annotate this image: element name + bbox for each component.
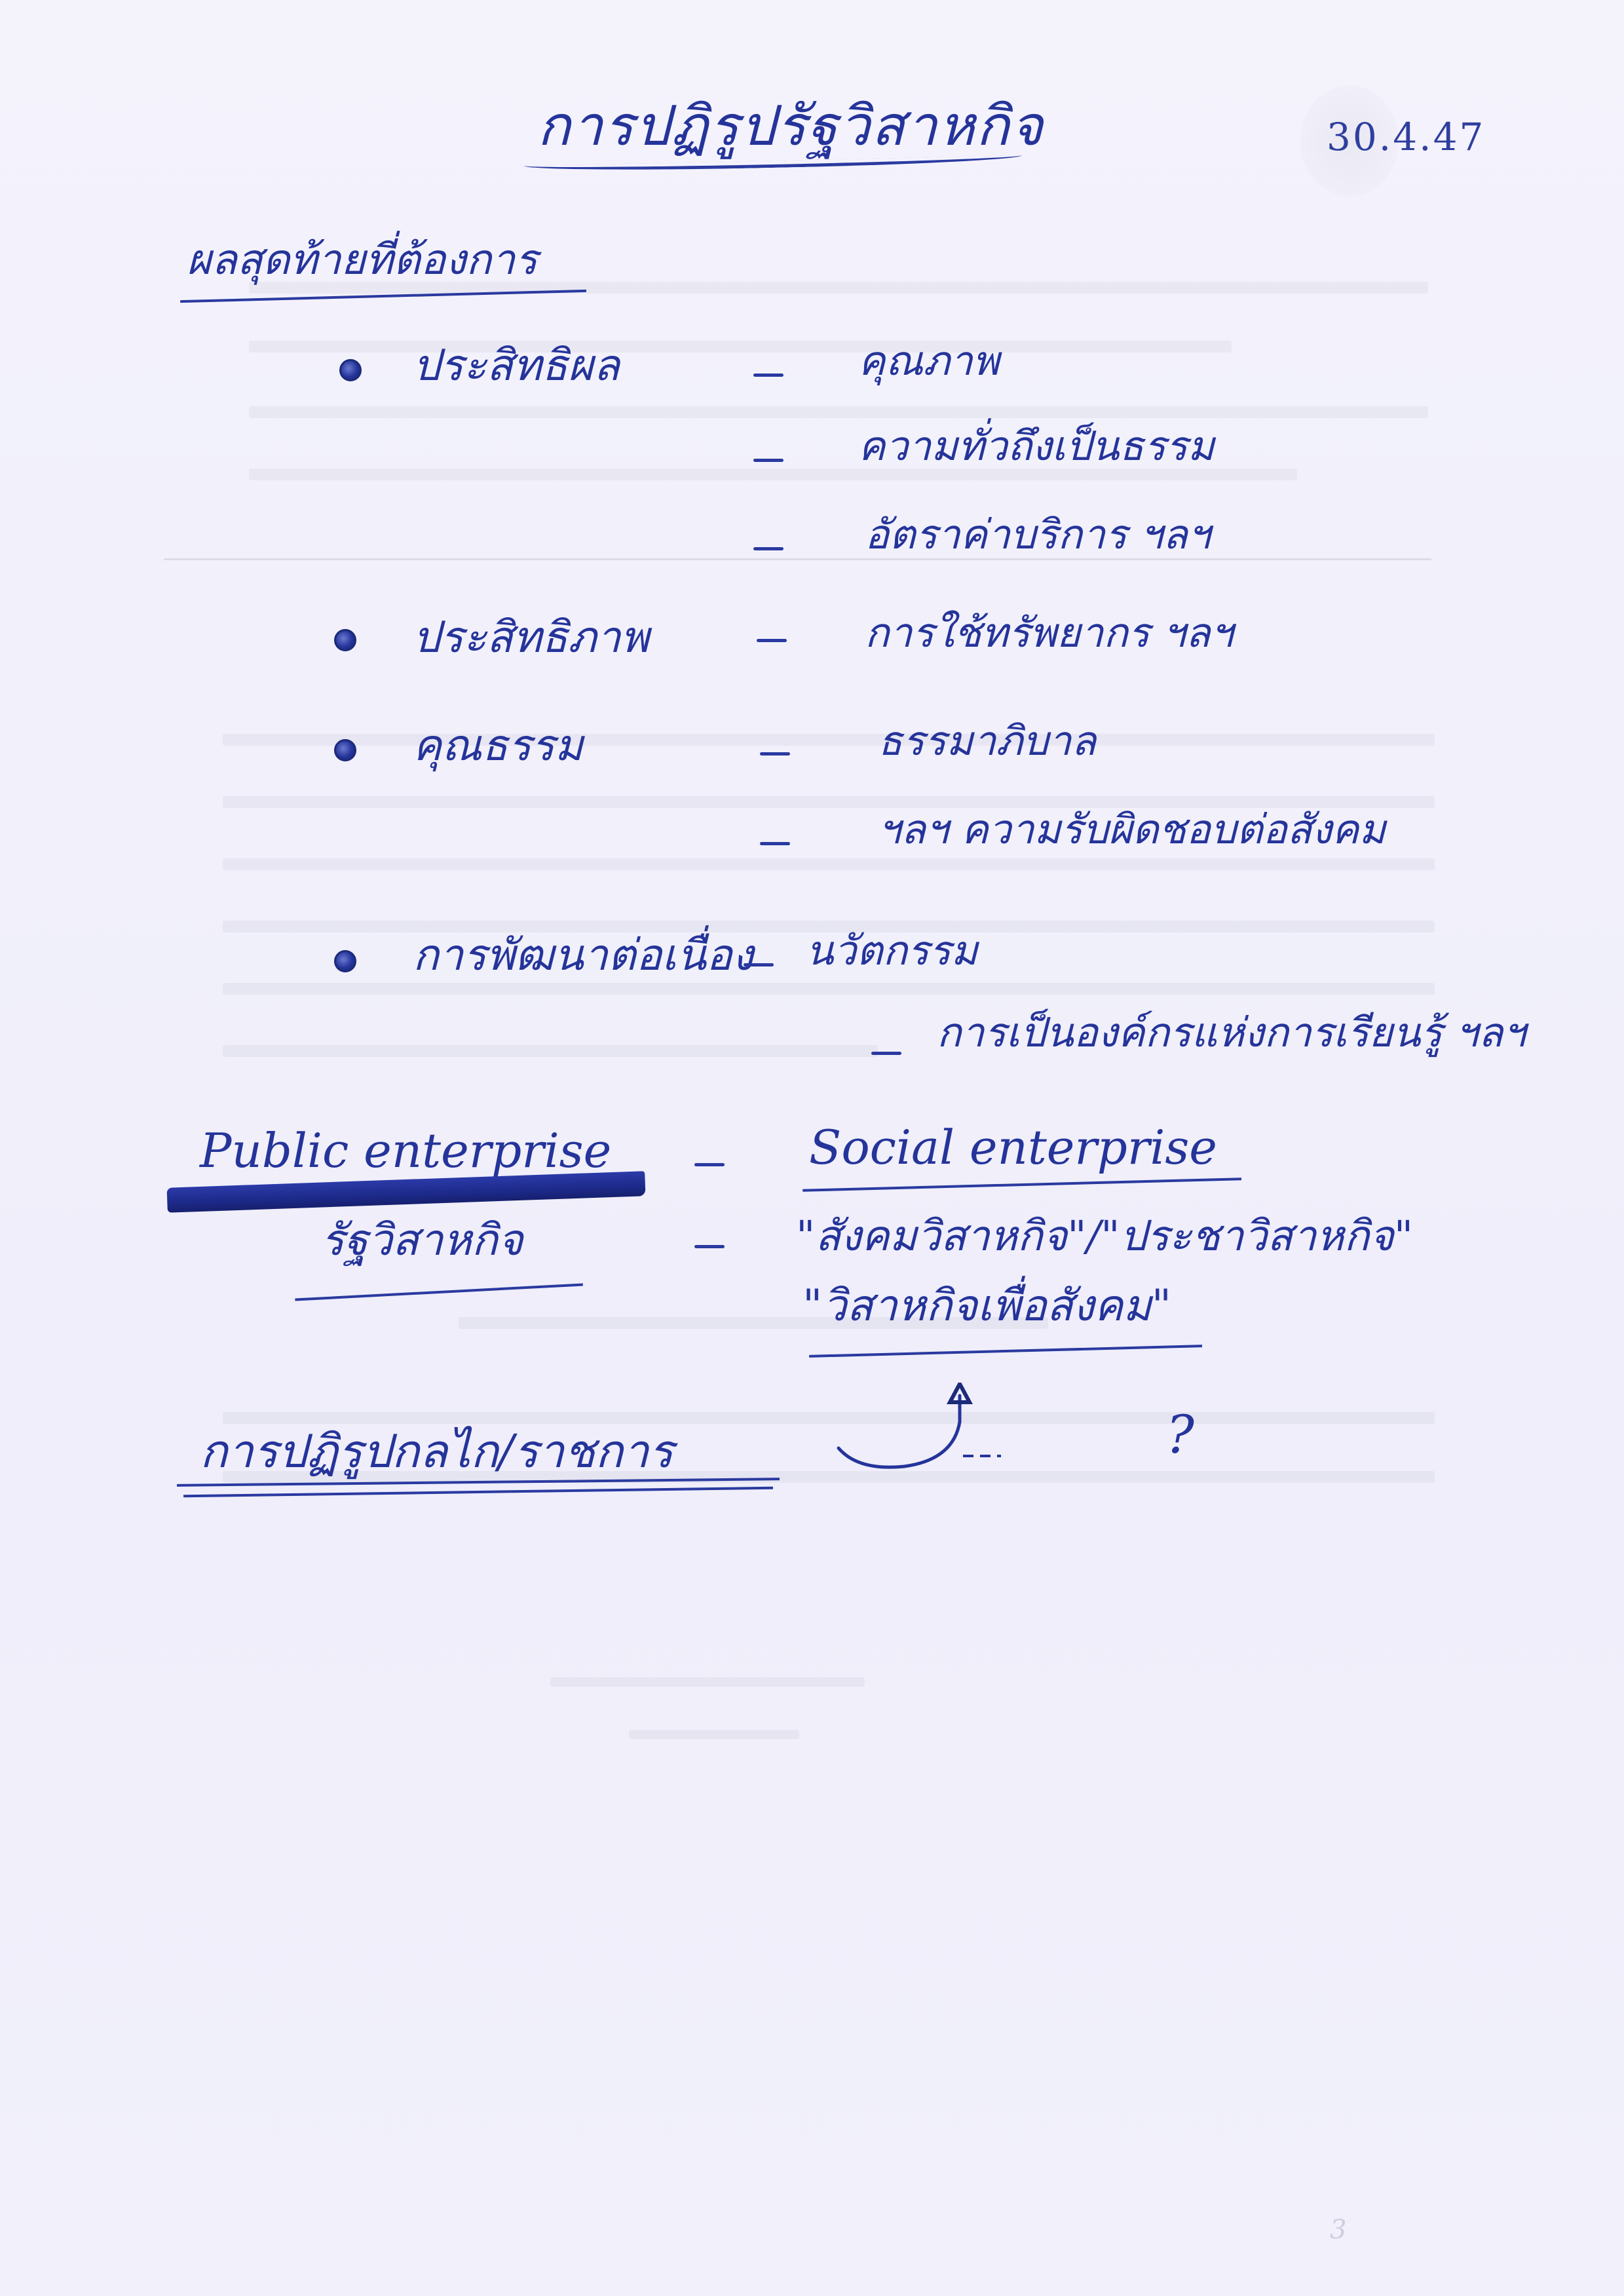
item-detail: ฯลฯ ความรับผิดชอบต่อสังคม xyxy=(878,809,1386,850)
up-arrow-icon xyxy=(832,1383,1002,1474)
date-label: 30.4.47 xyxy=(1327,118,1485,156)
dash-icon xyxy=(757,639,787,642)
bullet-icon xyxy=(334,739,356,761)
dash-icon xyxy=(760,752,790,756)
ghost-horizontal-rule xyxy=(164,558,1431,560)
social-enterprise-label: Social enterprise xyxy=(809,1124,1217,1171)
state-enterprise-label: รัฐวิสาหกิจ xyxy=(321,1219,523,1262)
item-term: การพัฒนาต่อเนื่อง xyxy=(413,934,753,977)
dash-icon xyxy=(694,1163,725,1166)
item-detail: ธรรมาภิบาล xyxy=(878,721,1096,761)
bullet-icon xyxy=(339,359,362,381)
item-detail: คุณภาพ xyxy=(858,341,1000,381)
page-number: 3 xyxy=(1330,2215,1346,2245)
ghost-print-line xyxy=(249,406,1428,418)
reform-label: การปฏิรูปกลไก/ราชการ xyxy=(200,1428,673,1474)
dash-icon xyxy=(753,547,784,550)
dash-icon xyxy=(753,459,784,462)
item-term: ประสิทธิภาพ xyxy=(413,616,649,659)
item-detail: การใช้ทรัพยากร ฯลฯ xyxy=(865,613,1233,653)
section-heading: ผลสุดท้ายที่ต้องการ xyxy=(187,239,537,281)
dash-icon xyxy=(694,1245,725,1248)
question-mark: ? xyxy=(1166,1409,1194,1461)
ghost-print-line xyxy=(550,1677,865,1687)
bullet-icon xyxy=(334,629,356,651)
public-enterprise-label: Public enterprise xyxy=(200,1127,611,1174)
ghost-print-line xyxy=(629,1730,799,1739)
ghost-print-line xyxy=(223,983,1435,995)
dash-icon xyxy=(753,373,784,377)
item-term: ประสิทธิผล xyxy=(413,344,620,387)
page-title: การปฏิรูปรัฐวิสาหกิจ xyxy=(537,98,1044,153)
translation-option: "สังคมวิสาหกิจ"/"ประชาวิสาหกิจ" xyxy=(796,1215,1413,1257)
translation-option: "วิสาหกิจเพื่อสังคม" xyxy=(803,1284,1171,1328)
item-detail: ความทั่วถึงเป็นธรรม xyxy=(858,426,1215,467)
item-detail: นวัตกรรม xyxy=(806,930,977,971)
ghost-print-line xyxy=(223,858,1435,870)
item-detail: การเป็นองค์กรแห่งการเรียนรู้ ฯลฯ xyxy=(937,1012,1526,1053)
ghost-print-line xyxy=(223,734,1435,746)
ghost-print-line xyxy=(223,1412,1435,1424)
dash-icon xyxy=(871,1052,901,1055)
dash-icon xyxy=(760,842,790,845)
item-detail: อัตราค่าบริการ ฯลฯ xyxy=(865,514,1211,555)
item-term: คุณธรรม xyxy=(413,724,583,767)
ghost-print-line xyxy=(223,1045,878,1057)
dash-icon xyxy=(744,963,774,966)
bullet-icon xyxy=(334,950,356,972)
ghost-print-line xyxy=(249,469,1297,480)
ghost-print-line xyxy=(249,341,1232,353)
